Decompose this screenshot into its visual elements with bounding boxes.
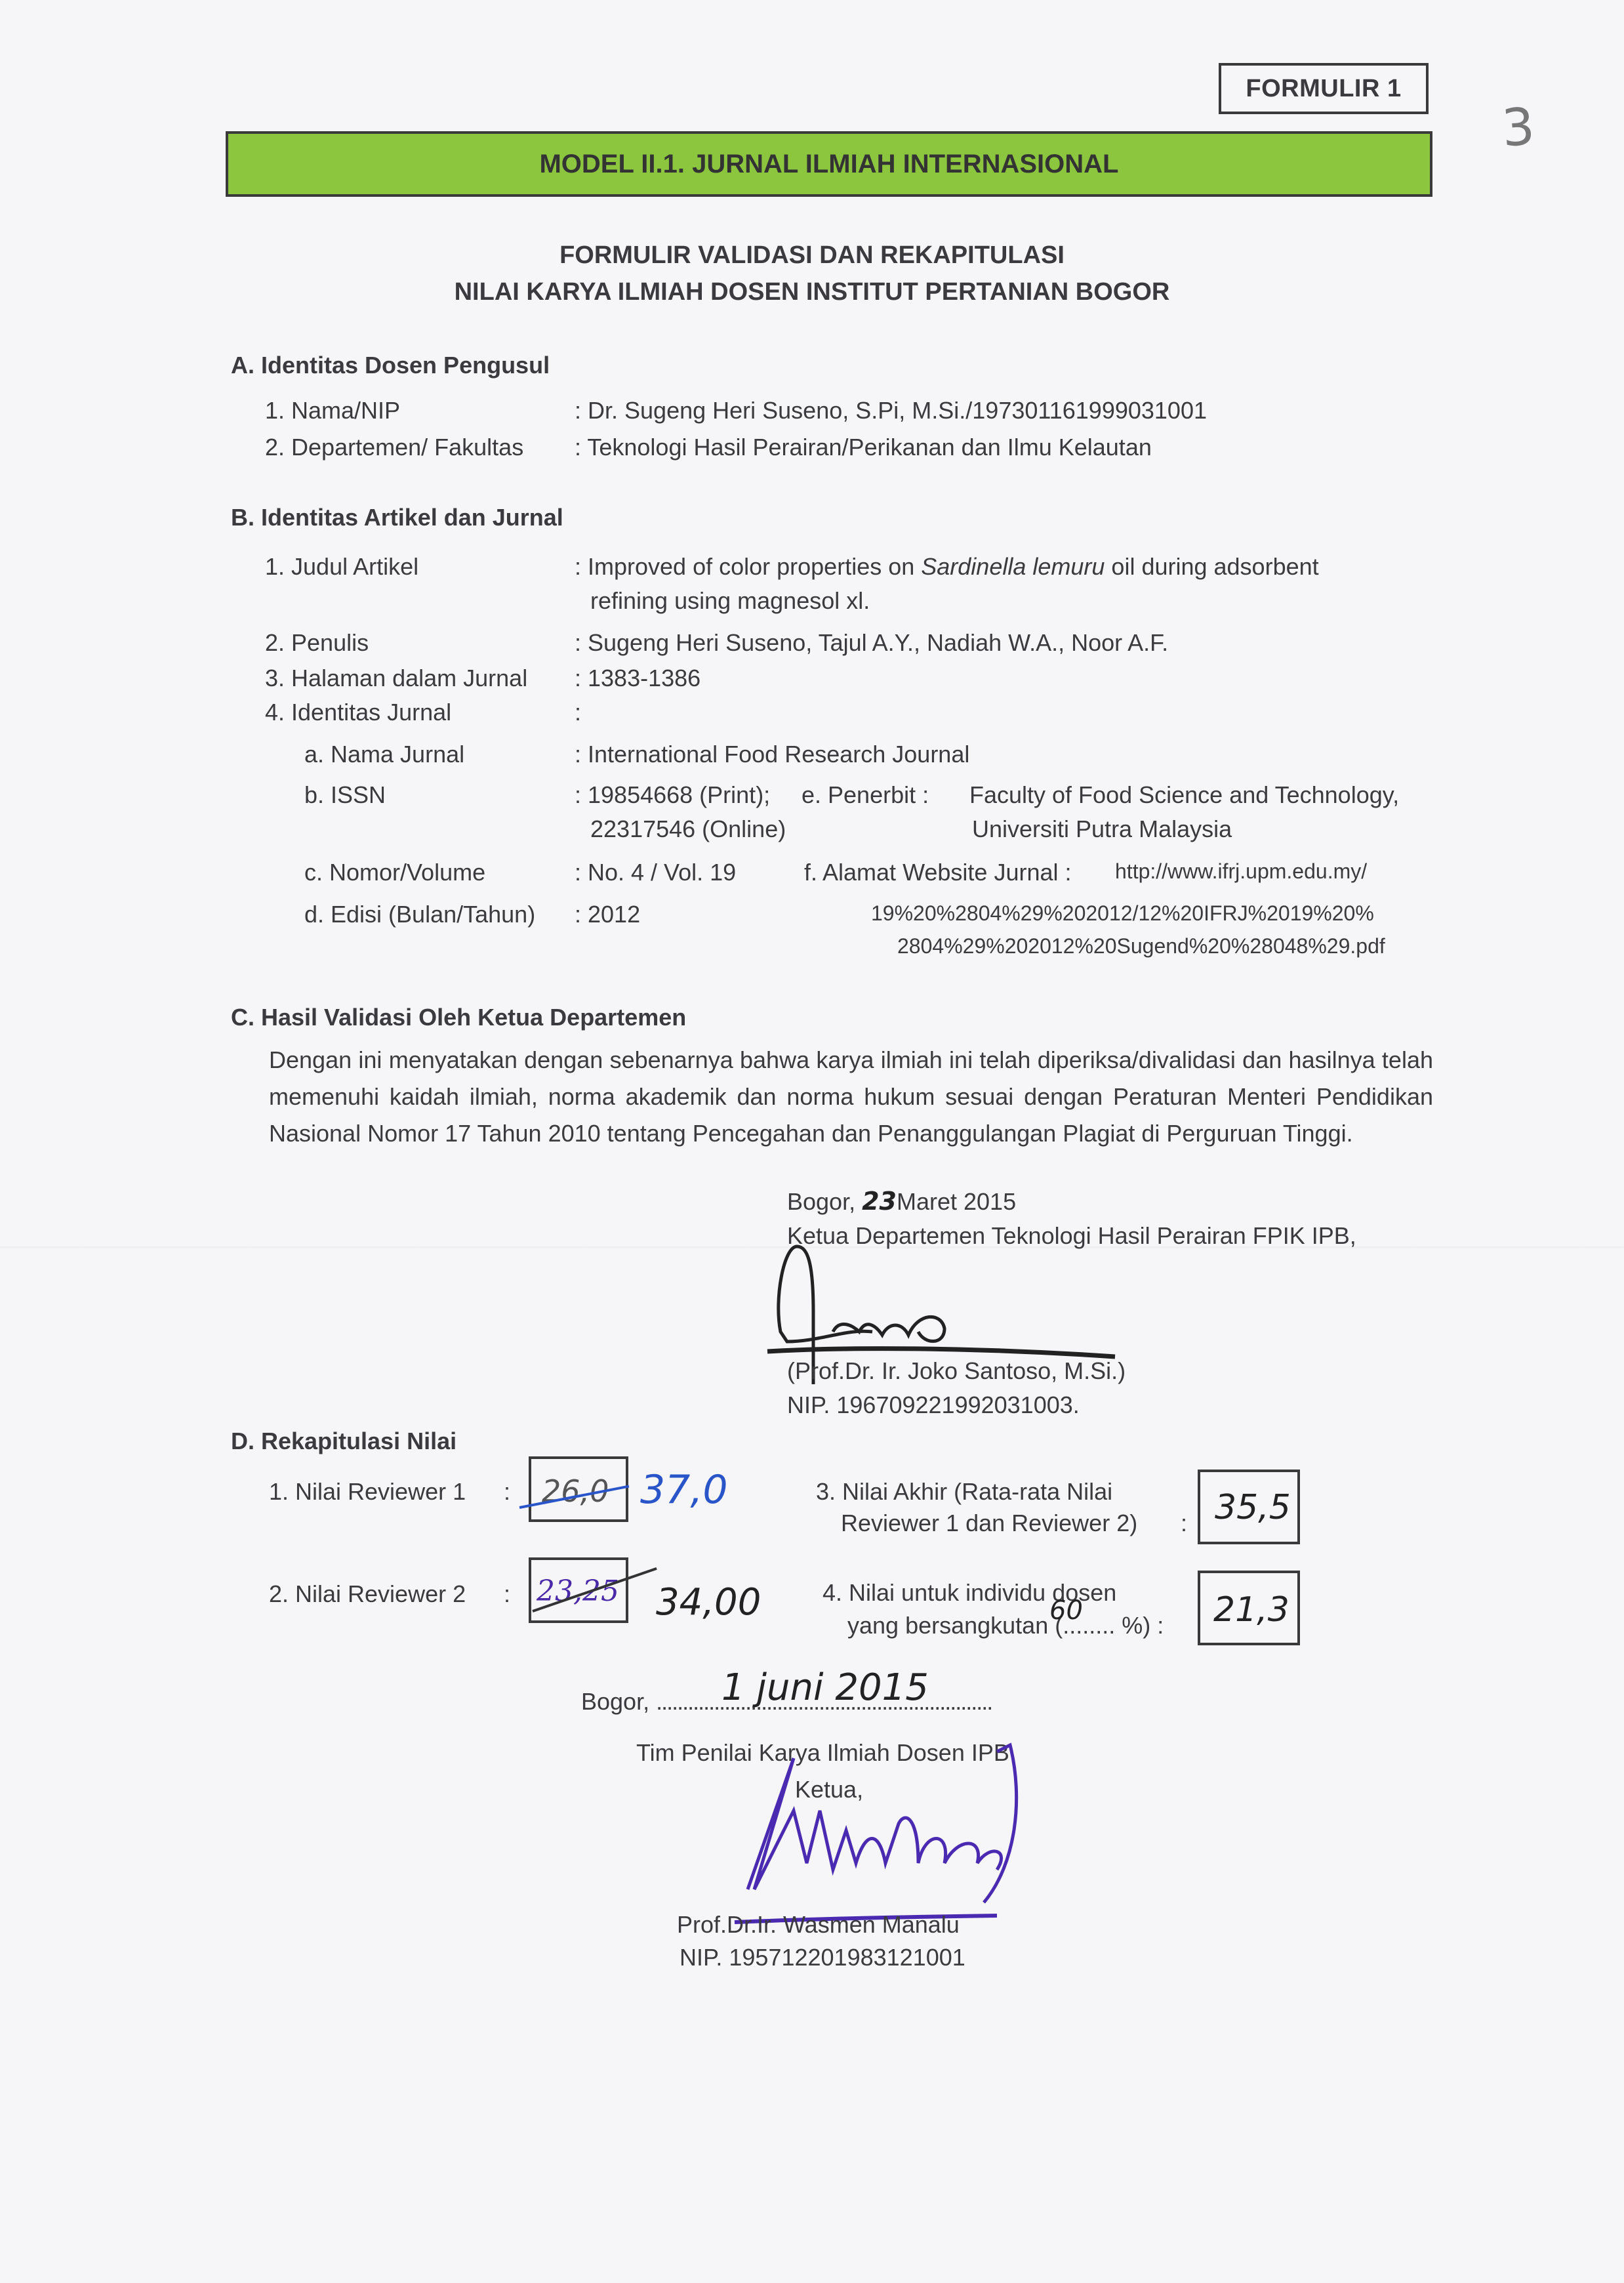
website-line2[interactable]: 19%20%2804%29%202012/12%20IFRJ%2019%20% — [871, 903, 1374, 924]
edisi-label: d. Edisi (Bulan/Tahun) — [304, 903, 535, 926]
formulir-label: FORMULIR 1 — [1219, 63, 1429, 114]
nilai-individu-line2: yang bersangkutan (........ %) : — [847, 1614, 1164, 1637]
chair-nip: NIP. 195712201983121001 — [680, 1946, 965, 1969]
issn-label: b. ISSN — [304, 783, 386, 807]
reviewer2-crossed-score: 23,25 — [537, 1574, 619, 1608]
reviewer1-label: 1. Nilai Reviewer 1 — [269, 1480, 466, 1504]
penerbit-line2: Universiti Putra Malaysia — [972, 817, 1232, 841]
halaman-label: 3. Halaman dalam Jurnal — [265, 667, 527, 690]
reviewer2-colon: : — [504, 1582, 510, 1606]
penulis-label: 2. Penulis — [265, 631, 369, 655]
handwritten-day: 23 — [862, 1187, 897, 1216]
identitas-jurnal-label: 4. Identitas Jurnal — [265, 701, 451, 724]
penerbit-line1: Faculty of Food Science and Technology, — [969, 783, 1399, 807]
issn-line2: 22317546 (Online) — [590, 817, 786, 841]
edisi-value: : 2012 — [575, 903, 640, 926]
nama-jurnal-label: a. Nama Jurnal — [304, 743, 464, 766]
form-title-line2: NILAI KARYA ILMIAH DOSEN INSTITUT PERTAN… — [0, 278, 1624, 306]
judul-species: Sardinella lemuru — [921, 553, 1105, 580]
nilai-akhir-line2: Reviewer 1 dan Reviewer 2) — [841, 1512, 1137, 1535]
chair-signature — [708, 1732, 1049, 1929]
section-a-heading: A. Identitas Dosen Pengusul — [231, 352, 550, 379]
date-prefix: Bogor, — [787, 1188, 862, 1215]
date-month-year: Maret 2015 — [897, 1188, 1016, 1215]
section-d-heading: D. Rekapitulasi Nilai — [231, 1428, 457, 1455]
website-line1[interactable]: http://www.ifrj.upm.edu.my/ — [1115, 861, 1367, 882]
validator-nip: NIP. 196709221992031003. — [787, 1393, 1080, 1417]
nama-jurnal-value: : International Food Research Journal — [575, 743, 969, 766]
departemen-label: 2. Departemen/ Fakultas — [265, 436, 523, 459]
section-b-heading: B. Identitas Artikel dan Jurnal — [231, 504, 563, 531]
halaman-value: : 1383-1386 — [575, 667, 700, 690]
individu-percent: 60 — [1049, 1595, 1083, 1626]
judul-value: : Improved of color properties on Sardin… — [575, 555, 1319, 579]
section-c-heading: C. Hasil Validasi Oleh Ketua Departemen — [231, 1004, 686, 1031]
reviewer1-score: 37,0 — [640, 1467, 728, 1513]
issn-line1: : 19854668 (Print); — [575, 783, 770, 807]
nilai-akhir-line1: 3. Nilai Akhir (Rata-rata Nilai — [816, 1480, 1112, 1504]
judul-label: 1. Judul Artikel — [265, 555, 418, 579]
judul-line2: refining using magnesol xl. — [590, 589, 870, 613]
nilai-akhir-score: 35,5 — [1215, 1488, 1291, 1527]
departemen-value: : Teknologi Hasil Perairan/Perikanan dan… — [575, 436, 1152, 459]
nilai-individu-score: 21,3 — [1213, 1590, 1289, 1630]
penerbit-label: e. Penerbit : — [802, 783, 929, 807]
handwritten-page-number: 3 — [1500, 97, 1537, 158]
date-prefix: Bogor, — [581, 1688, 656, 1715]
website-label: f. Alamat Website Jurnal : — [804, 861, 1072, 884]
nama-nip-label: 1. Nama/NIP — [265, 399, 400, 422]
nomor-volume-value: : No. 4 / Vol. 19 — [575, 861, 736, 884]
individu-text: yang bersangkutan ( — [847, 1612, 1063, 1639]
reviewer2-score: 34,00 — [656, 1581, 761, 1624]
identitas-jurnal-value: : — [575, 701, 581, 724]
nomor-volume-label: c. Nomor/Volume — [304, 861, 485, 884]
form-title-line1: FORMULIR VALIDASI DAN REKAPITULASI — [0, 241, 1624, 270]
reviewer2-label: 2. Nilai Reviewer 2 — [269, 1582, 466, 1606]
validator-name: (Prof.Dr. Ir. Joko Santoso, M.Si.) — [787, 1359, 1126, 1383]
validation-statement: Dengan ini menyatakan dengan sebenarnya … — [269, 1042, 1433, 1152]
website-line3[interactable]: 2804%29%202012%20Sugend%20%28048%29.pdf — [897, 936, 1385, 956]
chair-name: Prof.Dr.Ir. Wasmen Manalu — [677, 1913, 960, 1937]
judul-text-end: oil during adsorbent — [1105, 553, 1318, 580]
handwritten-team-date: 1 juni 2015 — [721, 1666, 929, 1709]
penulis-value: : Sugeng Heri Suseno, Tajul A.Y., Nadiah… — [575, 631, 1168, 655]
reviewer1-colon: : — [504, 1480, 510, 1504]
nilai-akhir-colon: : — [1181, 1512, 1187, 1535]
judul-text: : Improved of color properties on — [575, 553, 921, 580]
validation-date: Bogor, 23Maret 2015 — [787, 1189, 1016, 1214]
model-title-bar: MODEL II.1. JURNAL ILMIAH INTERNASIONAL — [226, 131, 1432, 197]
nama-nip-value: : Dr. Sugeng Heri Suseno, S.Pi, M.Si./19… — [575, 399, 1207, 422]
